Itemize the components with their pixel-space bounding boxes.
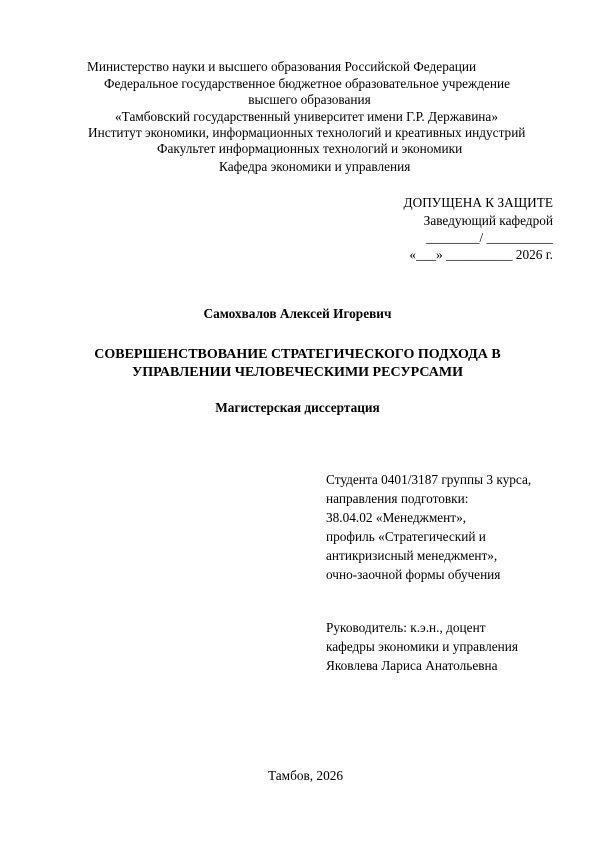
thesis-title-line-1: СОВЕРШЕНСТВОВАНИЕ СТРАТЕГИЧЕСКОГО ПОДХОД… (0, 347, 595, 363)
thesis-title-line-2: УПРАВЛЕНИИ ЧЕЛОВЕЧЕСКИМИ РЕСУРСАМИ (0, 365, 595, 381)
author-name: Самохвалов Алексей Игоревич (0, 306, 595, 322)
department-line: Кафедра экономики и управления (219, 159, 410, 175)
student-info-line: профиль «Стратегический и (326, 527, 531, 546)
supervisor-line: Яковлева Лариса Анатольевна (326, 656, 518, 675)
supervisor-line: Руководитель: к.э.н., доцент (326, 618, 518, 637)
institute-line: Институт экономики, информационных техно… (88, 125, 525, 141)
approval-date-line: «___» __________ 2026 г. (409, 247, 553, 263)
education-level-line: высшего образования (12, 92, 595, 108)
ministry-line: Министерство науки и высшего образования… (87, 59, 476, 75)
approval-signature-line: ________/ __________ (426, 230, 553, 246)
university-name-line: «Тамбовский государственный университет … (115, 109, 498, 125)
student-info: Студента 0401/3187 группы 3 курса, напра… (326, 470, 531, 584)
supervisor-line: кафедры экономики и управления (326, 637, 518, 656)
student-info-line: 38.04.02 «Менеджмент», (326, 508, 531, 527)
student-info-line: направления подготовки: (326, 489, 531, 508)
city-year: Тамбов, 2026 (8, 768, 595, 784)
faculty-line: Факультет информационных технологий и эк… (157, 141, 462, 157)
student-info-line: Студента 0401/3187 группы 3 курса, (326, 470, 531, 489)
approval-title: ДОПУЩЕНА К ЗАЩИТЕ (404, 195, 553, 211)
student-info-line: очно-заочной формы обучения (326, 565, 531, 584)
student-info-line: антикризисный менеджмент», (326, 546, 531, 565)
approval-role: Заведующий кафедрой (424, 213, 553, 229)
supervisor-info: Руководитель: к.э.н., доцент кафедры эко… (326, 618, 518, 675)
institution-type-line: Федеральное государственное бюджетное об… (104, 76, 510, 92)
work-type: Магистерская диссертация (0, 400, 595, 416)
